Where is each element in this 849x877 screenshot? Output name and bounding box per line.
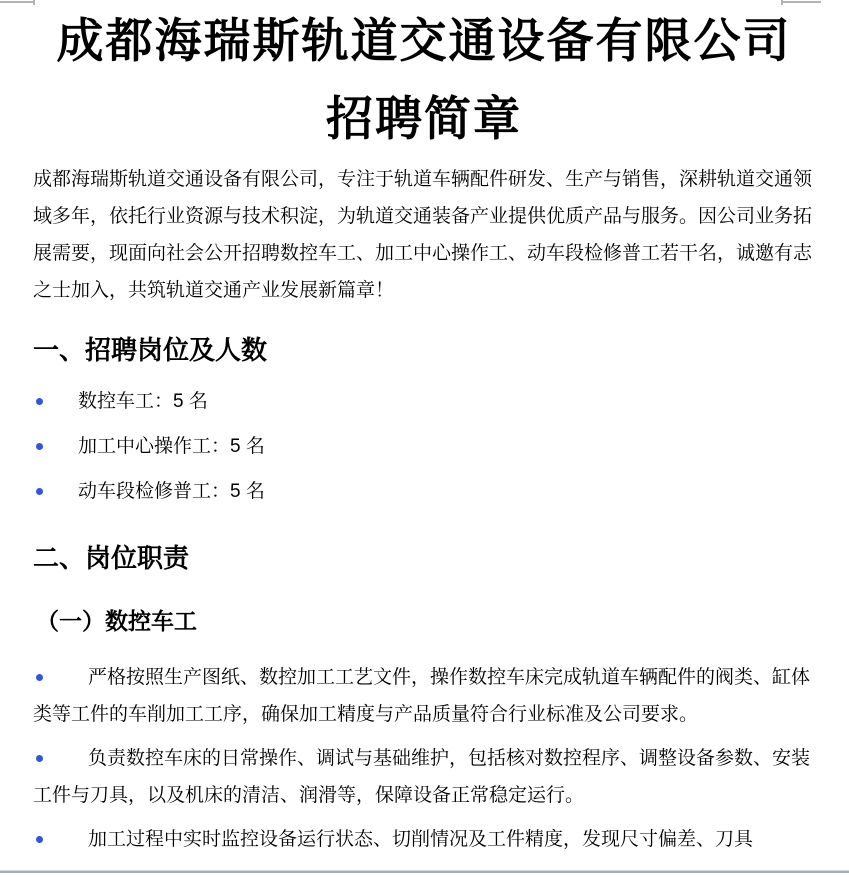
list-item-label: 加工中心操作工：5 名 — [78, 436, 265, 457]
document-title-line2: 招聘简章 — [326, 92, 522, 145]
duty-list: 严格按照生产图纸、数控加工工艺文件，操作数控车床完成轨道车辆配件的阀类、缸体类等… — [33, 659, 815, 858]
intro-paragraph: 成都海瑞斯轨道交通设备有限公司，专注于轨道车辆配件研发、生产与销售，深耕轨道交通… — [33, 161, 815, 309]
duty-item: 负责数控车床的日常操作、调试与基础维护，包括核对数控程序、调整设备参数、安装工件… — [33, 740, 815, 814]
bullet-icon — [36, 755, 43, 762]
section-heading-positions: 一、招聘岗位及人数 — [33, 333, 815, 367]
document-title-line1: 成都海瑞斯轨道交通设备有限公司 — [57, 14, 792, 67]
bullet-icon — [36, 398, 43, 405]
list-item: 数控车工：5 名 — [33, 383, 815, 420]
duty-item-text: 严格按照生产图纸、数控加工工艺文件，操作数控车床完成轨道车辆配件的阀类、缸体类等… — [33, 667, 810, 725]
duty-item-text: 加工过程中实时监控设备运行状态、切削情况及工件精度，发现尺寸偏差、刀具 — [88, 829, 753, 850]
list-item: 动车段检修普工：5 名 — [33, 473, 815, 510]
list-item: 加工中心操作工：5 名 — [33, 428, 815, 465]
bullet-icon — [36, 674, 43, 681]
bullet-icon — [36, 443, 43, 450]
section-heading-duties: 二、岗位职责 — [33, 541, 815, 575]
bullet-icon — [36, 488, 43, 495]
duty-item-text: 负责数控车床的日常操作、调试与基础维护，包括核对数控程序、调整设备参数、安装工件… — [33, 748, 810, 806]
list-item-label: 动车段检修普工：5 名 — [78, 481, 265, 502]
list-item-label: 数控车工：5 名 — [78, 391, 208, 412]
document-title: 成都海瑞斯轨道交通设备有限公司招聘简章 — [33, 2, 815, 158]
duty-item: 严格按照生产图纸、数控加工工艺文件，操作数控车床完成轨道车辆配件的阀类、缸体类等… — [33, 659, 815, 733]
margin-mark-left-horizontal — [0, 1, 33, 3]
document-body: 成都海瑞斯轨道交通设备有限公司招聘简章 成都海瑞斯轨道交通设备有限公司，专注于轨… — [33, 0, 815, 865]
page-bottom-divider — [0, 870, 849, 873]
bullet-icon — [36, 836, 43, 843]
job-list: 数控车工：5 名 加工中心操作工：5 名 动车段检修普工：5 名 — [33, 383, 815, 510]
document-page: 成都海瑞斯轨道交通设备有限公司招聘简章 成都海瑞斯轨道交通设备有限公司，专注于轨… — [0, 0, 849, 877]
subsection-heading-cnc-lathe: （一）数控车工 — [36, 606, 815, 636]
duty-item: 加工过程中实时监控设备运行状态、切削情况及工件精度，发现尺寸偏差、刀具 — [33, 821, 815, 858]
